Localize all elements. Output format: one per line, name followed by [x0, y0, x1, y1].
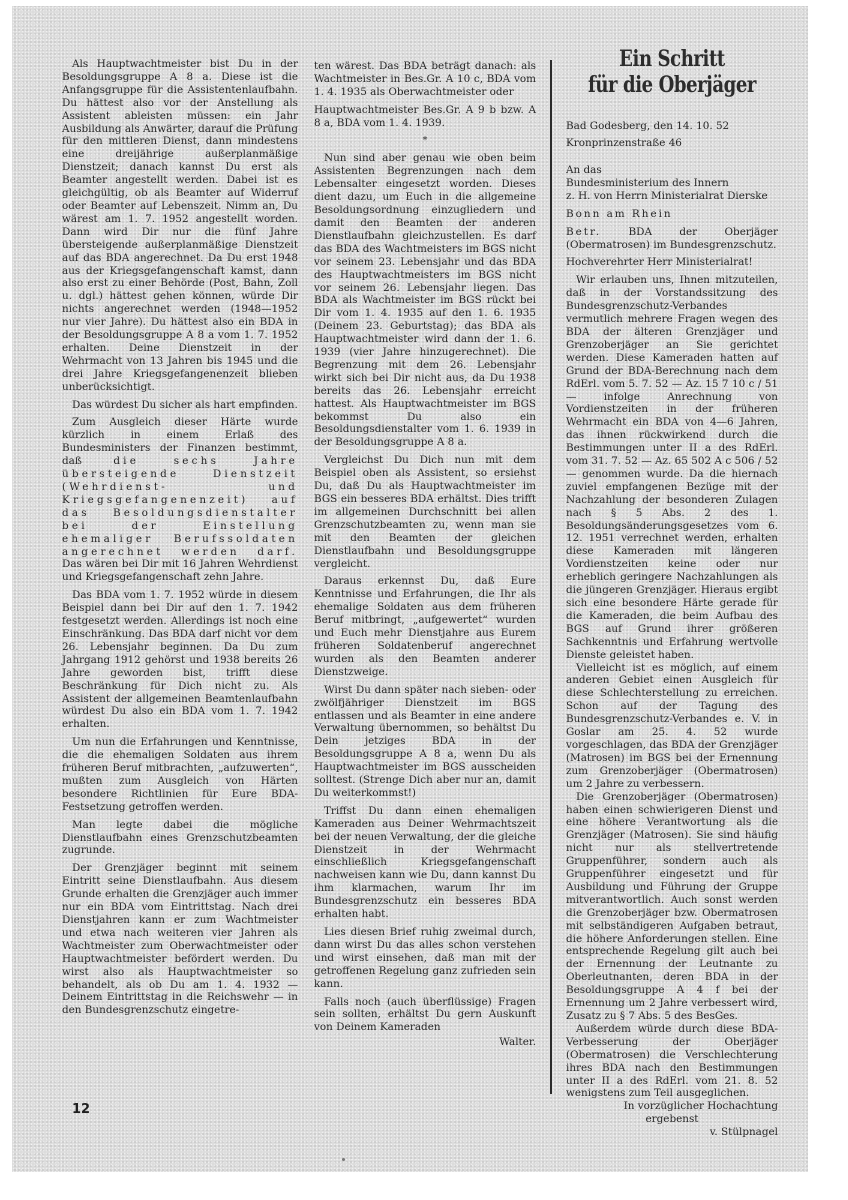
closing-ergebenst: ergebenst: [566, 1113, 778, 1126]
recipient-line: An das: [566, 164, 602, 176]
section-separator: *: [314, 135, 536, 148]
paragraph: Wir erlauben uns, Ihnen mitzuteilen, daß…: [566, 274, 778, 661]
subject-label: Betr.: [566, 226, 601, 238]
letter-signature: v. Stülpnagel: [566, 1126, 778, 1139]
spaced-emphasis-text: die sechs Jahre übersteigende Dienstzeit…: [62, 455, 298, 557]
paragraph: Vielleicht ist es möglich, auf einem and…: [566, 662, 778, 791]
paragraph: Nun sind aber genau wie oben beim Assist…: [314, 152, 536, 449]
headline-line-1: Ein Schritt: [585, 46, 759, 72]
paragraph-with-spaced-emphasis: Zum Ausgleich dieser Härte wurde kürzlic…: [62, 416, 298, 584]
paragraph: Außerdem würde durch diese BDA-Verbesser…: [566, 1023, 778, 1100]
recipient-block: An das Bundesministerium des Innern z. H…: [566, 164, 778, 203]
paragraph: Das würdest Du sicher als hart empfinden…: [62, 399, 298, 412]
paragraph: Man legte dabei die mögliche Dienstlaufb…: [62, 819, 298, 858]
column-divider-rule: [550, 60, 552, 1094]
paragraph: Um nun die Erfahrungen und Kenntnisse, d…: [62, 736, 298, 813]
paragraph: Hauptwachtmeister Bes.Gr. A 9 b bzw. A 8…: [314, 104, 536, 130]
letter-date: Bad Godesberg, den 14. 10. 52: [566, 118, 778, 135]
paragraph: Daraus erkennst Du, daß Eure Kenntnisse …: [314, 575, 536, 678]
letter-address: Kronprinzenstraße 46: [566, 135, 778, 152]
paragraph: Wirst Du dann später nach sieben- oder z…: [314, 684, 536, 800]
recipient-line: z. H. von Herrn Ministerialrat Dierske: [566, 190, 768, 202]
left-column: Als Hauptwachtmeister bist Du in der Bes…: [62, 58, 298, 1022]
paragraph: Die Grenzoberjäger (Obermatrosen) haben …: [566, 791, 778, 1023]
newspaper-page: Als Hauptwachtmeister bist Du in der Bes…: [12, 6, 808, 1172]
paragraph: ten wärest. Das BDA beträgt danach: als …: [314, 60, 536, 99]
author-signature: Walter.: [314, 1036, 536, 1049]
subject-line: Betr. BDA der Oberjäger (Obermatrosen) i…: [566, 226, 778, 252]
recipient-city: Bonn am Rhein: [566, 208, 778, 221]
middle-column: ten wärest. Das BDA beträgt danach: als …: [314, 60, 536, 1054]
paragraph: Lies diesen Brief ruhig zweimal durch, d…: [314, 926, 536, 991]
print-speck: [342, 1158, 345, 1161]
paragraph: Der Grenzjäger beginnt mit seinem Eintri…: [62, 862, 298, 1017]
headline-line-2: für die Oberjäger: [585, 72, 759, 98]
page-number: 12: [72, 1102, 90, 1117]
closing-formula: In vorzüglicher Hochachtung: [566, 1100, 778, 1113]
paragraph: Triffst Du dann einen ehemaligen Kamerad…: [314, 805, 536, 921]
salutation: Hochverehrter Herr Ministerialrat!: [566, 256, 778, 269]
paragraph: Als Hauptwachtmeister bist Du in der Bes…: [62, 58, 298, 394]
article-headline: Ein Schritt für die Oberjäger: [585, 46, 759, 98]
paragraph-rest: Das wären bei Dir mit 16 Jahren Wehrdien…: [62, 558, 298, 583]
paragraph: Das BDA vom 1. 7. 1952 würde in diesem B…: [62, 589, 298, 731]
paragraph: Vergleichst Du Dich nun mit dem Beispiel…: [314, 454, 536, 570]
recipient-line: Bundesministerium des Innern: [566, 177, 729, 189]
paragraph: Falls noch (auch überflüssige) Fragen se…: [314, 996, 536, 1035]
right-column-letter: Ein Schritt für die Oberjäger Bad Godesb…: [566, 44, 778, 1144]
